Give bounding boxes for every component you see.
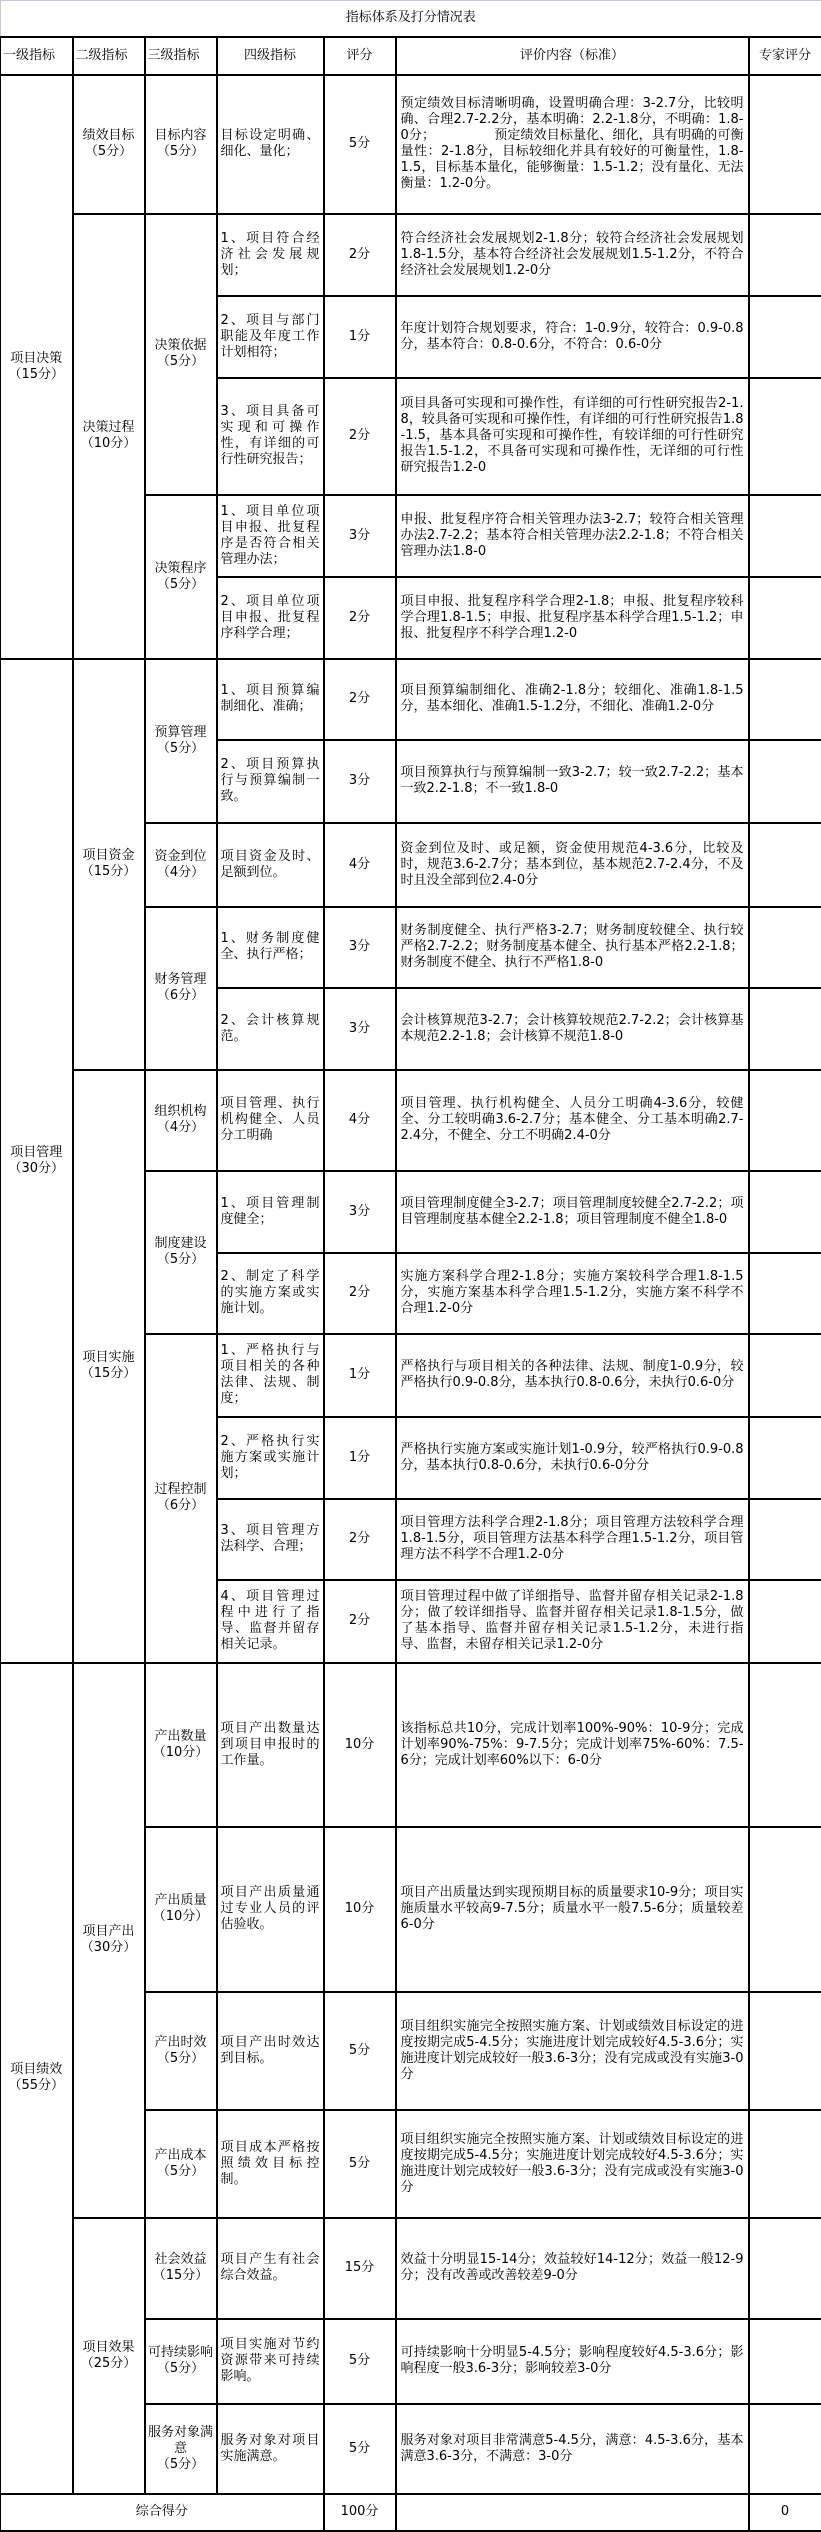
- score-cell: 2分: [324, 577, 396, 659]
- level3-score: （5分）: [148, 144, 214, 160]
- level3-cell: 组织机构（4分）: [145, 1070, 217, 1171]
- table-row: 项目效果（25分） 社会效益（15分） 项目产生有社会综合效益。 15分 效益十…: [1, 2218, 821, 2319]
- criteria-cell: 申报、批复程序符合相关管理办法3-2.7；较符合相关管理办法2.7-2.2；基本…: [396, 495, 749, 577]
- criteria-cell: 项目管理方法科学合理2-1.8分；项目管理方法较科学合理1.8-1.5分，项目管…: [396, 1499, 749, 1580]
- score-cell: 2分: [324, 1253, 396, 1334]
- level2-cell: 项目实施（15分）: [73, 1070, 145, 1663]
- level2-score: （15分）: [76, 1366, 142, 1382]
- header-criteria: 评价内容（标准）: [396, 37, 749, 75]
- level3-name: 决策程序: [148, 561, 214, 577]
- criteria-cell: 效益十分明显15-14分；效益较好14-12分；效益一般12-9分；没有改善或改…: [396, 2218, 749, 2319]
- level1-name: 项目决策: [3, 351, 70, 367]
- level3-name: 社会效益: [148, 2252, 214, 2268]
- level3-cell: 产出数量（10分）: [145, 1663, 217, 1827]
- criteria-cell: 项目管理过程中做了详细指导、监督并留存相关记录2-1.8分；做了较详细指导、监督…: [396, 1580, 749, 1663]
- level3-score: （5分）: [148, 2051, 214, 2067]
- level3-cell: 过程控制（6分）: [145, 1334, 217, 1663]
- indicator-cell: 项目资金及时、足额到位。: [217, 823, 324, 907]
- score-cell: 2分: [324, 378, 396, 495]
- level3-score: （5分）: [148, 354, 214, 370]
- criteria-cell: 项目具备可实现和可操作性，有详细的可行性研究报告2-1.8，较具备可实现和可操作…: [396, 378, 749, 495]
- score-cell: 1分: [324, 1334, 396, 1417]
- indicator-cell: 项目产出质量通过专业人员的评估验收。: [217, 1827, 324, 1992]
- level3-name: 产出数量: [148, 1729, 214, 1745]
- score-cell: 2分: [324, 214, 396, 296]
- level2-name: 绩效目标: [76, 128, 142, 144]
- expert-score-cell: [749, 1827, 821, 1992]
- indicator-cell: 项目产出时效达到目标。: [217, 1992, 324, 2110]
- level2-cell: 绩效目标（5分）: [73, 75, 145, 214]
- level3-cell: 产出成本（5分）: [145, 2110, 217, 2218]
- criteria-cell: 项目组织实施完全按照实施方案、计划或绩效目标设定的进度按期完成5-4.5分；实施…: [396, 1992, 749, 2110]
- level3-score: （4分）: [148, 1120, 214, 1136]
- total-expert-score: 0: [749, 2494, 821, 2531]
- expert-score-cell: [749, 2110, 821, 2218]
- level3-name: 产出成本: [148, 2148, 214, 2164]
- criteria-cell: 实施方案科学合理2-1.8分；实施方案较科学合理1.8-1.5分，实施方案基本科…: [396, 1253, 749, 1334]
- header-expert-score: 专家评分: [749, 37, 821, 75]
- indicator-cell: 1、项目预算编制细化、准确；: [217, 659, 324, 740]
- score-cell: 5分: [324, 1992, 396, 2110]
- indicator-cell: 项目成本严格按照绩效目标控制。: [217, 2110, 324, 2218]
- level3-cell: 预算管理（5分）: [145, 659, 217, 823]
- score-cell: 2分: [324, 1499, 396, 1580]
- level3-score: （5分）: [148, 577, 214, 593]
- table-row: 项目实施（15分） 组织机构（4分） 项目管理、执行机构健全、人员分工明确 4分…: [1, 1070, 821, 1171]
- score-cell: 3分: [324, 740, 396, 823]
- header-row: 一级指标 二级指标 三级指标 四级指标 评分 评价内容（标准） 专家评分: [1, 37, 821, 75]
- score-cell: 10分: [324, 1827, 396, 1992]
- level3-score: （5分）: [148, 2164, 214, 2180]
- level3-score: （10分）: [148, 1745, 214, 1761]
- indicator-cell: 2、制定了科学的实施方案或实施计划。: [217, 1253, 324, 1334]
- level2-score: （15分）: [76, 864, 142, 880]
- level3-cell: 制度建设（5分）: [145, 1171, 217, 1334]
- indicator-cell: 1、财务制度健全、执行严格；: [217, 907, 324, 988]
- indicator-cell: 1、项目管理制度健全；: [217, 1171, 324, 1253]
- criteria-cell: 资金到位及时、或足额，资金使用规范4-3.6分，比较及时，规范3.6-2.7分；…: [396, 823, 749, 907]
- indicator-cell: 1、严格执行与项目相关的各种法律、法规、制度；: [217, 1334, 324, 1417]
- level2-name: 项目效果: [76, 2340, 142, 2356]
- indicator-cell: 服务对象对项目实施满意。: [217, 2404, 324, 2494]
- expert-score-cell: [749, 1663, 821, 1827]
- score-cell: 5分: [324, 2319, 396, 2404]
- expert-score-cell: [749, 1992, 821, 2110]
- criteria-cell: 项目预算编制细化、准确2-1.8分；较细化、准确1.8-1.5分，基本细化、准确…: [396, 659, 749, 740]
- criteria-cell: 严格执行实施方案或实施计划1-0.9分，较严格执行0.9-0.8分，基本执行0.…: [396, 1417, 749, 1499]
- level3-cell: 服务对象满意（5分）: [145, 2404, 217, 2494]
- total-label: 综合得分: [1, 2494, 324, 2531]
- level3-score: （5分）: [148, 2361, 214, 2377]
- criteria-cell: 会计核算规范3-2.7；会计核算较规范2.7-2.2；会计核算基本规范2.2-1…: [396, 988, 749, 1070]
- criteria-cell: 可持续影响十分明显5-4.5分；影响程度较好4.5-3.6分；影响程度一般3.6…: [396, 2319, 749, 2404]
- level3-cell: 决策依据（5分）: [145, 214, 217, 495]
- criteria-cell: 服务对象对项目非常满意5-4.5分，满意：4.5-3.6分，基本满意3.6-3分…: [396, 2404, 749, 2494]
- level1-name: 项目管理: [3, 1145, 70, 1161]
- expert-score-cell: [749, 1499, 821, 1580]
- expert-score-cell: [749, 378, 821, 495]
- score-cell: 4分: [324, 1070, 396, 1171]
- indicator-cell: 2、项目单位项目申报、批复程序科学合理；: [217, 577, 324, 659]
- score-cell: 3分: [324, 988, 396, 1070]
- level1-score: （30分）: [3, 1161, 70, 1177]
- table-row: 项目管理（30分） 项目资金（15分） 预算管理（5分） 1、项目预算编制细化、…: [1, 659, 821, 740]
- score-cell: 5分: [324, 75, 396, 214]
- indicator-cell: 项目管理、执行机构健全、人员分工明确: [217, 1070, 324, 1171]
- expert-score-cell: [749, 2319, 821, 2404]
- indicator-cell: 2、会计核算规范。: [217, 988, 324, 1070]
- level3-cell: 目标内容（5分）: [145, 75, 217, 214]
- criteria-cell: 项目管理制度健全3-2.7；项目管理制度较健全2.7-2.2；项目管理制度基本健…: [396, 1171, 749, 1253]
- level2-cell: 决策过程（10分）: [73, 214, 145, 659]
- level3-cell: 产出质量（10分）: [145, 1827, 217, 1992]
- indicator-cell: 3、项目管理方法科学、合理；: [217, 1499, 324, 1580]
- indicator-cell: 2、严格执行实施方案或实施计划；: [217, 1417, 324, 1499]
- indicator-cell: 2、项目预算执行与预算编制一致。: [217, 740, 324, 823]
- score-cell: 3分: [324, 907, 396, 988]
- header-score: 评分: [324, 37, 396, 75]
- score-cell: 2分: [324, 659, 396, 740]
- level2-name: 项目产出: [76, 1924, 142, 1940]
- score-cell: 1分: [324, 1417, 396, 1499]
- indicator-cell: 2、项目与部门职能及年度工作计划相符；: [217, 296, 324, 378]
- expert-score-cell: [749, 2404, 821, 2494]
- level1-cell: 项目管理（30分）: [1, 659, 73, 1663]
- level3-name: 目标内容: [148, 128, 214, 144]
- expert-score-cell: [749, 1580, 821, 1663]
- expert-score-cell: [749, 577, 821, 659]
- level2-score: （10分）: [76, 436, 142, 452]
- header-level3: 三级指标: [145, 37, 217, 75]
- expert-score-cell: [749, 1417, 821, 1499]
- criteria-cell: 项目预算执行与预算编制一致3-2.7；较一致2.7-2.2；基本一致2.2-1.…: [396, 740, 749, 823]
- expert-score-cell: [749, 75, 821, 214]
- criteria-cell: 项目组织实施完全按照实施方案、计划或绩效目标设定的进度按期完成5-4.5分；实施…: [396, 2110, 749, 2218]
- criteria-cell: 项目申报、批复程序科学合理2-1.8；申报、批复程序较科学合理1.8-1.5；申…: [396, 577, 749, 659]
- expert-score-cell: [749, 740, 821, 823]
- score-cell: 5分: [324, 2110, 396, 2218]
- indicator-cell: 目标设定明确、细化、量化；: [217, 75, 324, 214]
- total-criteria: [396, 2494, 749, 2531]
- indicator-scoring-table: 指标体系及打分情况表 一级指标 二级指标 三级指标 四级指标 评分 评价内容（标…: [0, 0, 821, 2532]
- level3-cell: 可持续影响（5分）: [145, 2319, 217, 2404]
- criteria-cell: 预定绩效目标清晰明确，设置明确合理：3-2.7分，比较明确、合理2.7-2.2分…: [396, 75, 749, 214]
- level1-name: 项目绩效: [3, 2062, 70, 2078]
- level3-score: （15分）: [148, 2268, 214, 2284]
- expert-score-cell: [749, 296, 821, 378]
- expert-score-cell: [749, 823, 821, 907]
- level3-score: （6分）: [148, 988, 214, 1004]
- criteria-cell: 该指标总共10分，完成计划率100%-90%：10-9分；完成计划率90%-75…: [396, 1663, 749, 1827]
- level3-score: （6分）: [148, 1498, 214, 1514]
- criteria-cell: 项目管理、执行机构健全、人员分工明确4-3.6分，较健全、分工较明确3.6-2.…: [396, 1070, 749, 1171]
- expert-score-cell: [749, 1171, 821, 1253]
- level3-cell: 决策程序（5分）: [145, 495, 217, 659]
- table-row: 项目绩效（55分） 项目产出（30分） 产出数量（10分） 项目产出数量达到项目…: [1, 1663, 821, 1827]
- level3-score: （5分）: [148, 2457, 214, 2473]
- criteria-cell: 严格执行与项目相关的各种法律、法规、制度1-0.9分，较严格执行0.9-0.8分…: [396, 1334, 749, 1417]
- total-row: 综合得分 100分 0: [1, 2494, 821, 2531]
- expert-score-cell: [749, 659, 821, 740]
- indicator-cell: 3、项目具备可实现和可操作性，有详细的可行性研究报告；: [217, 378, 324, 495]
- score-cell: 1分: [324, 296, 396, 378]
- level3-name: 可持续影响: [148, 2345, 214, 2361]
- table-row: 决策过程（10分） 决策依据（5分） 1、项目符合经济社会发展规划； 2分 符合…: [1, 214, 821, 296]
- level1-score: （55分）: [3, 2078, 70, 2094]
- level3-name: 服务对象满意: [148, 2425, 214, 2457]
- expert-score-cell: [749, 214, 821, 296]
- expert-score-cell: [749, 1334, 821, 1417]
- score-cell: 5分: [324, 2404, 396, 2494]
- score-cell: 10分: [324, 1663, 396, 1827]
- level3-cell: 产出时效（5分）: [145, 1992, 217, 2110]
- indicator-cell: 项目实施对节约资源带来可持续影响。: [217, 2319, 324, 2404]
- score-cell: 2分: [324, 1580, 396, 1663]
- level3-name: 决策依据: [148, 338, 214, 354]
- level2-cell: 项目产出（30分）: [73, 1663, 145, 2218]
- level3-name: 制度建设: [148, 1236, 214, 1252]
- level3-name: 预算管理: [148, 725, 214, 741]
- level1-cell: 项目绩效（55分）: [1, 1663, 73, 2494]
- indicator-cell: 项目产出数量达到项目申报时的工作量。: [217, 1663, 324, 1827]
- table-row: 项目决策（15分） 绩效目标（5分） 目标内容（5分） 目标设定明确、细化、量化…: [1, 75, 821, 214]
- level3-name: 产出时效: [148, 2035, 214, 2051]
- expert-score-cell: [749, 907, 821, 988]
- level3-name: 组织机构: [148, 1104, 214, 1120]
- level3-score: （4分）: [148, 865, 214, 881]
- header-level2: 二级指标: [73, 37, 145, 75]
- level2-name: 项目资金: [76, 848, 142, 864]
- level3-name: 过程控制: [148, 1482, 214, 1498]
- total-score: 100分: [324, 2494, 396, 2531]
- score-cell: 15分: [324, 2218, 396, 2319]
- header-level4: 四级指标: [217, 37, 324, 75]
- expert-score-cell: [749, 988, 821, 1070]
- level2-cell: 项目资金（15分）: [73, 659, 145, 1070]
- criteria-cell: 年度计划符合规划要求，符合：1-0.9分，较符合：0.9-0.8分，基本符合：0…: [396, 296, 749, 378]
- level2-score: （30分）: [76, 1940, 142, 1956]
- level3-cell: 社会效益（15分）: [145, 2218, 217, 2319]
- level3-score: （5分）: [148, 741, 214, 757]
- level3-cell: 资金到位（4分）: [145, 823, 217, 907]
- level3-score: （5分）: [148, 1252, 214, 1268]
- level3-name: 资金到位: [148, 849, 214, 865]
- expert-score-cell: [749, 495, 821, 577]
- score-cell: 3分: [324, 495, 396, 577]
- level3-score: （10分）: [148, 1909, 214, 1925]
- indicator-cell: 4、项目管理过程中进行了指导、监督并留存相关记录。: [217, 1580, 324, 1663]
- header-level1: 一级指标: [1, 37, 73, 75]
- indicator-cell: 1、项目符合经济社会发展规划；: [217, 214, 324, 296]
- indicator-cell: 1、项目单位项目申报、批复程序是否符合相关管理办法；: [217, 495, 324, 577]
- level1-cell: 项目决策（15分）: [1, 75, 73, 659]
- criteria-cell: 符合经济社会发展规划2-1.8分；较符合经济社会发展规划1.8-1.5分，基本符…: [396, 214, 749, 296]
- criteria-cell: 财务制度健全、执行严格3-2.7；财务制度较健全、执行较严格2.7-2.2；财务…: [396, 907, 749, 988]
- level2-name: 决策过程: [76, 420, 142, 436]
- level2-cell: 项目效果（25分）: [73, 2218, 145, 2494]
- level3-name: 财务管理: [148, 972, 214, 988]
- level1-score: （15分）: [3, 367, 70, 383]
- level3-cell: 财务管理（6分）: [145, 907, 217, 1070]
- level2-score: （5分）: [76, 144, 142, 160]
- level2-name: 项目实施: [76, 1350, 142, 1366]
- level3-name: 产出质量: [148, 1893, 214, 1909]
- expert-score-cell: [749, 2218, 821, 2319]
- level2-score: （25分）: [76, 2356, 142, 2372]
- score-cell: 4分: [324, 823, 396, 907]
- score-cell: 3分: [324, 1171, 396, 1253]
- expert-score-cell: [749, 1253, 821, 1334]
- table-title: 指标体系及打分情况表: [1, 1, 821, 37]
- criteria-cell: 项目产出质量达到实现预期目标的质量要求10-9分；项目实施质量水平较高9-7.5…: [396, 1827, 749, 1992]
- indicator-cell: 项目产生有社会综合效益。: [217, 2218, 324, 2319]
- expert-score-cell: [749, 1070, 821, 1171]
